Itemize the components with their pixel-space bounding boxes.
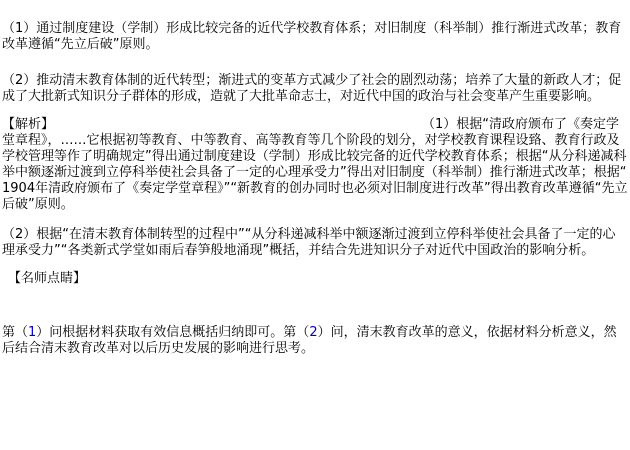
teacher-tips-header: 【名师点睛】 — [2, 271, 628, 287]
analysis-header-spacer — [54, 127, 422, 128]
tips-text-segment: 第（ — [2, 325, 28, 340]
answer-part-2: （2）推动清末教育体制的近代转型；渐进式的变革方式减少了社会的剧烈动荡；培养了大… — [2, 73, 628, 105]
tips-text-segment: ）问根据材料获取有效信息概括归纳即可。第（ — [36, 325, 309, 340]
answer-part-1: （1）通过制度建设（学制）形成比较完备的近代学校教育体系；对旧制度（科举制）推行… — [2, 21, 628, 53]
teacher-tips-body: 第（1）问根据材料获取有效信息概括归纳即可。第（2）问，清末教育改革的意义，依据… — [2, 325, 628, 357]
document-page: （1）通过制度建设（学制）形成比较完备的近代学校教育体系；对旧制度（科举制）推行… — [0, 0, 630, 450]
analysis-part1-text: （1）根据“清政府颁布了《奏定学堂章程》，……它根据初等教育、中等教育、高等教育… — [2, 117, 628, 212]
tips-question-number-2: 2 — [309, 325, 317, 340]
analysis-paragraph-2: （2）根据“在清末教育体制转型的过程中”“从分科递减科举中额逐渐过渡到立停科举使… — [2, 227, 628, 259]
analysis-paragraph-1: 【解析】（1）根据“清政府颁布了《奏定学堂章程》，……它根据初等教育、中等教育、… — [2, 117, 628, 213]
analysis-header: 【解析】 — [2, 117, 54, 132]
